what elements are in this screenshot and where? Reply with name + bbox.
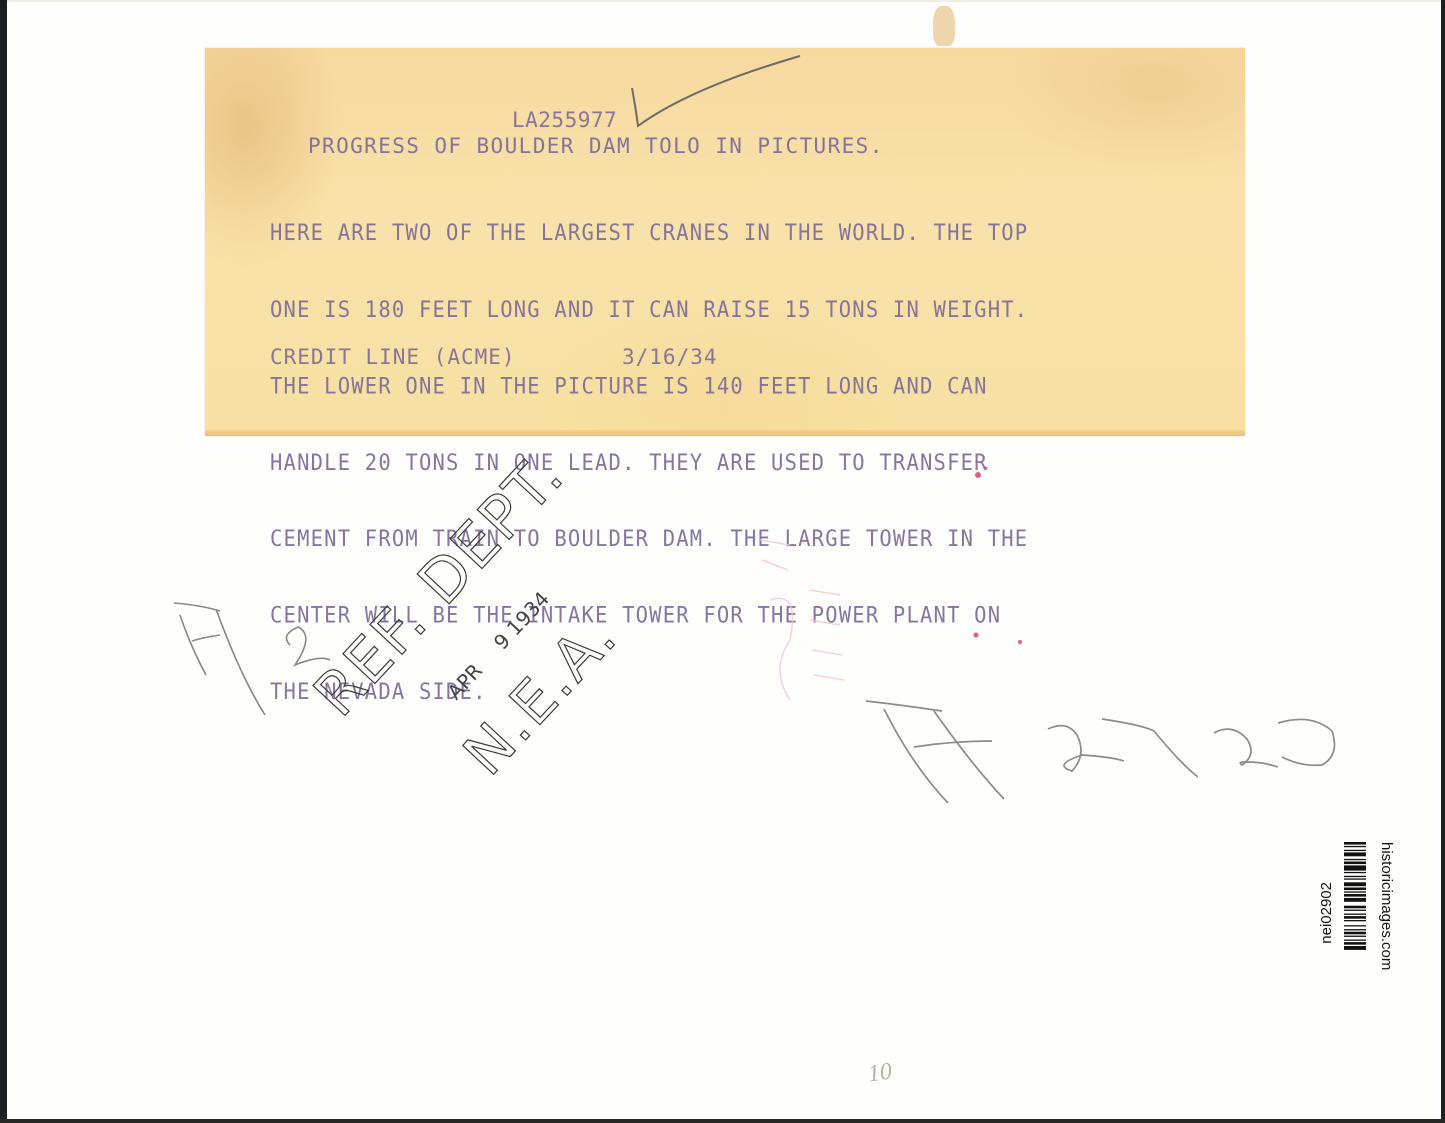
scan-edge-right bbox=[1441, 0, 1445, 1123]
pencil-note-bottom: 10 bbox=[866, 1058, 894, 1088]
barcode-label: nei02902 historicimages.com bbox=[1336, 842, 1430, 1027]
barcode-icon bbox=[1344, 842, 1366, 1027]
caption-line: THE LOWER ONE IN THE PICTURE IS 140 FEET… bbox=[270, 374, 1028, 399]
scan-edge-top bbox=[0, 0, 1445, 2]
scan-edge-bottom bbox=[0, 1119, 1445, 1123]
caption-date: 3/16/34 bbox=[622, 345, 718, 369]
pencil-note-right bbox=[862, 695, 1342, 815]
stamp-year: 1934 bbox=[502, 587, 554, 641]
bleed-through-mark bbox=[730, 430, 1030, 710]
caption-headline: PROGRESS OF BOULDER DAM TOLO IN PICTURES… bbox=[308, 134, 884, 158]
photo-id: LA255977 bbox=[512, 108, 617, 132]
caption-line: HERE ARE TWO OF THE LARGEST CRANES IN TH… bbox=[270, 221, 1028, 246]
barcode-site: historicimages.com bbox=[1378, 842, 1395, 970]
ref-dept-stamp: REF. DEPT. APR 9 1934 N.E.A. bbox=[300, 470, 720, 790]
stain-mark bbox=[933, 6, 955, 46]
barcode-item-id: nei02902 bbox=[1318, 882, 1335, 944]
credit-line: CREDIT LINE (ACME) bbox=[270, 345, 516, 369]
stamp-month: APR bbox=[442, 659, 487, 704]
checkmark-icon bbox=[600, 48, 820, 128]
stamp-line2: N.E.A. bbox=[450, 601, 631, 788]
scan-edge-left bbox=[0, 0, 7, 1123]
caption-line: ONE IS 180 FEET LONG AND IT CAN RAISE 15… bbox=[270, 297, 1028, 322]
